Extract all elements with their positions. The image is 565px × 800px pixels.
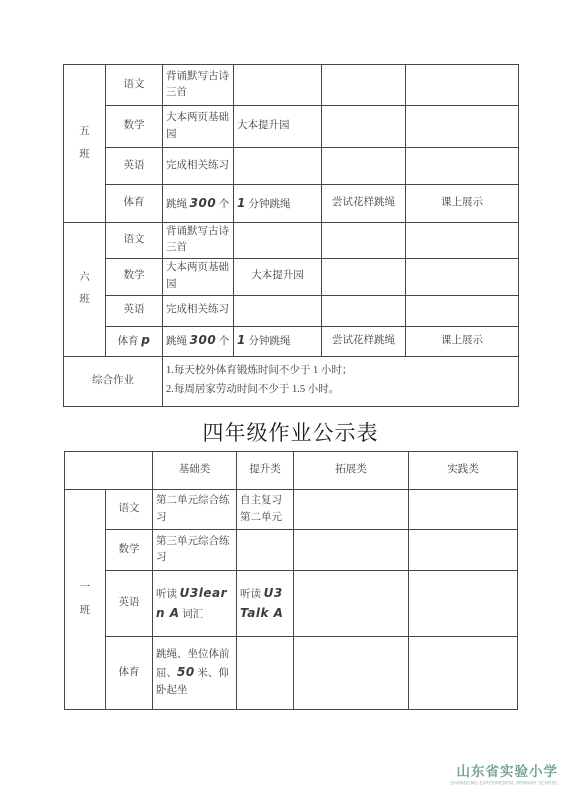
header-empty-cell xyxy=(65,452,153,490)
table-row: 体育 p跳绳 300 个1 分钟跳绳尝试花样跳绳课上展示 xyxy=(64,326,519,356)
table-row: 英语完成相关练习 xyxy=(64,295,519,326)
handwritten-text: 1 xyxy=(237,196,246,210)
homework-table-grade4: 基础类提升类拓展类实践类一班语文第二单元综合练习自主复习第二单元数学第三单元综合… xyxy=(64,451,518,710)
homework-cell: 跳绳 300 个 xyxy=(163,326,234,356)
summary-label-cell: 综合作业 xyxy=(64,356,163,406)
column-header-cell: 实践类 xyxy=(409,452,518,490)
table-row: 数学大本两页基础园大本提升园 xyxy=(64,106,519,148)
homework-table-grade5-6-table: 五班语文背诵默写古诗三首数学大本两页基础园大本提升园英语完成相关练习体育跳绳 3… xyxy=(63,64,519,407)
table-row: 数学第三单元综合练习 xyxy=(65,530,518,571)
subject-cell: 体育 p xyxy=(106,326,163,356)
homework-cell: 大本提升园 xyxy=(234,106,322,148)
header-row: 基础类提升类拓展类实践类 xyxy=(65,452,518,490)
table-row: 六班语文背诵默写古诗三首 xyxy=(64,223,519,259)
summary-line: 2.每周居家劳动时间不少于 1.5 小时。 xyxy=(166,381,515,400)
homework-cell xyxy=(322,65,406,106)
subject-cell: 体育 xyxy=(106,637,153,710)
class-label-cell: 一班 xyxy=(65,490,106,710)
homework-cell xyxy=(234,295,322,326)
subject-cell: 体育 xyxy=(106,185,163,223)
homework-cell: 大本提升园 xyxy=(234,258,322,295)
table-row: 体育跳绳、坐位体前屈、50 米、仰卧起坐 xyxy=(65,637,518,710)
homework-cell: 听读 U3learn A 词汇 xyxy=(153,571,237,637)
homework-cell: 尝试花样跳绳 xyxy=(322,185,406,223)
subject-cell: 英语 xyxy=(106,148,163,185)
homework-cell: 大本两页基础园 xyxy=(163,258,234,295)
class-label-cell: 五班 xyxy=(64,65,106,223)
homework-cell: 背诵默写古诗三首 xyxy=(163,223,234,259)
homework-table-grade4-table: 基础类提升类拓展类实践类一班语文第二单元综合练习自主复习第二单元数学第三单元综合… xyxy=(64,451,518,710)
handwritten-text: 1 xyxy=(237,333,246,347)
homework-table-top: 五班语文背诵默写古诗三首数学大本两页基础园大本提升园英语完成相关练习体育跳绳 3… xyxy=(63,64,519,407)
summary-row: 综合作业1.每天校外体育锻炼时间不少于 1 小时；2.每周居家劳动时间不少于 1… xyxy=(64,356,519,406)
homework-cell: 完成相关练习 xyxy=(163,295,234,326)
homework-cell xyxy=(294,490,409,530)
homework-cell: 课上展示 xyxy=(406,185,519,223)
summary-content-cell: 1.每天校外体育锻炼时间不少于 1 小时；2.每周居家劳动时间不少于 1.5 小… xyxy=(163,356,519,406)
homework-cell xyxy=(234,65,322,106)
homework-cell: 跳绳、坐位体前屈、50 米、仰卧起坐 xyxy=(153,637,237,710)
homework-cell xyxy=(322,223,406,259)
subject-cell: 语文 xyxy=(106,223,163,259)
table-row: 五班语文背诵默写古诗三首 xyxy=(64,65,519,106)
column-header-cell: 拓展类 xyxy=(294,452,409,490)
homework-cell xyxy=(409,490,518,530)
table-row: 英语完成相关练习 xyxy=(64,148,519,185)
homework-cell xyxy=(406,148,519,185)
homework-cell xyxy=(294,571,409,637)
homework-cell xyxy=(406,106,519,148)
column-header-cell: 基础类 xyxy=(153,452,237,490)
homework-cell: 课上展示 xyxy=(406,326,519,356)
homework-cell xyxy=(294,530,409,571)
class-label-cell: 六班 xyxy=(64,223,106,357)
homework-cell xyxy=(406,258,519,295)
column-header-cell: 提升类 xyxy=(237,452,294,490)
homework-cell: 1 分钟跳绳 xyxy=(234,326,322,356)
handwritten-text: U3learn A xyxy=(156,586,227,619)
homework-cell: 听读 U3Talk A xyxy=(237,571,294,637)
homework-cell: 完成相关练习 xyxy=(163,148,234,185)
subject-cell: 语文 xyxy=(106,65,163,106)
handwritten-text: 300 xyxy=(190,196,217,210)
handwritten-text: 300 xyxy=(190,333,217,347)
subject-cell: 英语 xyxy=(106,571,153,637)
homework-cell xyxy=(237,637,294,710)
subject-cell: 数学 xyxy=(106,106,163,148)
homework-cell xyxy=(322,295,406,326)
subject-cell: 数学 xyxy=(106,530,153,571)
school-logo-cn: 山东省实验小学 xyxy=(363,766,558,780)
handwritten-text: p xyxy=(141,333,150,347)
homework-cell xyxy=(406,295,519,326)
homework-cell xyxy=(234,148,322,185)
class-label-char: 班 xyxy=(64,289,105,312)
class-label-char: 一 xyxy=(65,577,105,600)
homework-cell: 尝试花样跳绳 xyxy=(322,326,406,356)
page-title: 四年级作业公示表 xyxy=(63,417,518,447)
table-row: 数学大本两页基础园大本提升园 xyxy=(64,258,519,295)
homework-cell xyxy=(237,530,294,571)
homework-cell xyxy=(406,65,519,106)
homework-cell: 1 分钟跳绳 xyxy=(234,185,322,223)
subject-cell: 英语 xyxy=(106,295,163,326)
homework-cell xyxy=(406,223,519,259)
homework-cell xyxy=(409,530,518,571)
school-logo-en: SHANDONG EXPERIMENTAL PRIMARY SCHOOL xyxy=(451,781,558,785)
homework-cell xyxy=(234,223,322,259)
table-row: 体育跳绳 300 个1 分钟跳绳尝试花样跳绳课上展示 xyxy=(64,185,519,223)
class-label-char: 五 xyxy=(64,121,105,144)
homework-cell: 第二单元综合练习 xyxy=(153,490,237,530)
homework-cell xyxy=(322,106,406,148)
subject-cell: 语文 xyxy=(106,490,153,530)
homework-cell xyxy=(294,637,409,710)
handwritten-text: 50 xyxy=(177,665,195,679)
homework-cell: 大本两页基础园 xyxy=(163,106,234,148)
class-label-char: 六 xyxy=(64,267,105,290)
homework-cell xyxy=(409,637,518,710)
class-label-char: 班 xyxy=(65,600,105,623)
homework-cell xyxy=(322,258,406,295)
homework-cell: 第三单元综合练习 xyxy=(153,530,237,571)
document-page: { "title": "四年级作业公示表", "top_table": { "s… xyxy=(0,0,565,800)
homework-cell: 跳绳 300 个 xyxy=(163,185,234,223)
homework-cell xyxy=(409,571,518,637)
homework-cell: 自主复习第二单元 xyxy=(237,490,294,530)
homework-cell: 背诵默写古诗三首 xyxy=(163,65,234,106)
school-logo: 山东省实验小学 SHANDONG EXPERIMENTAL PRIMARY SC… xyxy=(363,766,558,789)
subject-cell: 数学 xyxy=(106,258,163,295)
homework-cell xyxy=(322,148,406,185)
summary-line: 1.每天校外体育锻炼时间不少于 1 小时； xyxy=(166,362,515,381)
class-label-char: 班 xyxy=(64,144,105,167)
handwritten-text: U3Talk A xyxy=(240,586,283,619)
table-row: 一班语文第二单元综合练习自主复习第二单元 xyxy=(65,490,518,530)
table-row: 英语听读 U3learn A 词汇听读 U3Talk A xyxy=(65,571,518,637)
